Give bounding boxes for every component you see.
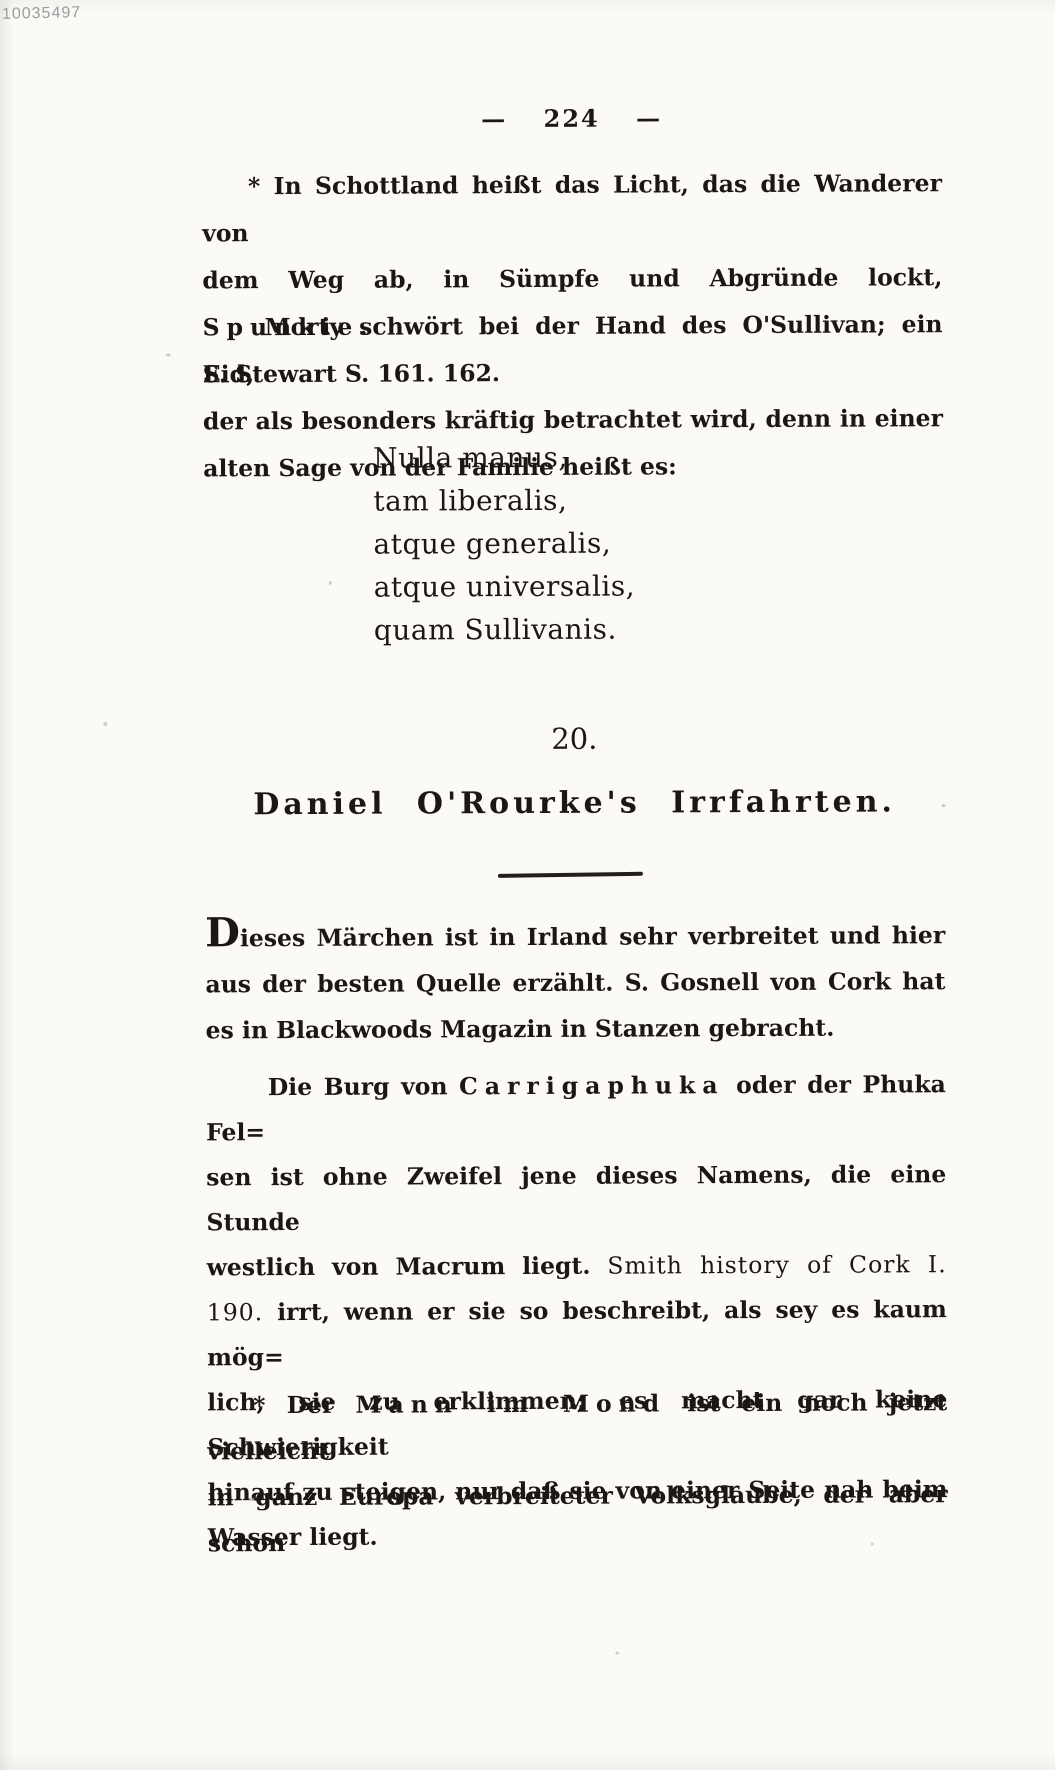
text-line: Morty schwört bei der Hand des O'Sulliva… bbox=[202, 301, 942, 398]
spaced-word-carrigaphuka: Carrigaphuka bbox=[459, 1071, 725, 1100]
latin-page-ref: 190. bbox=[207, 1298, 263, 1326]
paper-speck bbox=[103, 722, 107, 726]
spaced-phrase-mann-im-mond: Mann im Mond bbox=[355, 1389, 666, 1418]
text-line: 190. irrt, wenn er sie so beschreibt, al… bbox=[207, 1287, 947, 1380]
page-number: — 224 — bbox=[202, 102, 942, 134]
paper-speck bbox=[942, 804, 946, 807]
text-segment: * Der bbox=[253, 1391, 355, 1419]
footnote-man-in-moon: * Der Mann im Mond ist ein noch jetzt vi… bbox=[207, 1379, 948, 1566]
text-line: Dieses Märchen ist in Irland sehr verbre… bbox=[205, 912, 945, 961]
verse-line: tam liberalis, bbox=[373, 477, 873, 522]
verse-line: quam Sullivanis. bbox=[374, 606, 874, 651]
paper-speck bbox=[249, 1497, 255, 1501]
text-line: in ganz Europa verbreiteter Volksglaube,… bbox=[208, 1471, 948, 1566]
text-segment: ieses Märchen ist in Irland sehr verbrei… bbox=[240, 921, 945, 952]
latin-citation: Smith history of Cork I. bbox=[607, 1250, 946, 1279]
text-line: * In Schottland heißt das Licht, das die… bbox=[202, 160, 942, 257]
latin-verse: Nulla manus, tam liberalis, atque genera… bbox=[373, 434, 874, 651]
paper-speck bbox=[615, 1652, 619, 1655]
section-divider bbox=[498, 872, 643, 878]
text-line: Die Burg von Carrigaphuka oder der Phuka… bbox=[206, 1062, 946, 1155]
section-title: Daniel O'Rourke's Irrfahrten. bbox=[205, 784, 945, 822]
paper-speck bbox=[329, 581, 332, 585]
text-line: * Der Mann im Mond ist ein noch jetzt vi… bbox=[207, 1379, 947, 1474]
ornate-initial: D bbox=[205, 909, 240, 956]
verse-line: Nulla manus, bbox=[373, 434, 873, 479]
text-line: sen ist ohne Zweifel jene dieses Namens,… bbox=[206, 1152, 946, 1245]
text-line: es in Blackwoods Magazin in Stanzen gebr… bbox=[206, 1004, 946, 1053]
paper-speck bbox=[871, 1542, 874, 1545]
verse-line: atque universalis, bbox=[374, 563, 874, 608]
text-segment: irrt, wenn er sie so beschreibt, als sey… bbox=[207, 1295, 947, 1371]
page-content: — 224 — * In Schottland heißt das Licht,… bbox=[0, 0, 1055, 1770]
text-segment: dem Weg ab, in Sümpfe und Abgründe lockt… bbox=[202, 263, 942, 294]
text-segment: westlich von Macrum liegt. bbox=[207, 1252, 608, 1282]
paragraph-intro: Dieses Märchen ist in Irland sehr verbre… bbox=[205, 912, 946, 1053]
verse-line: atque generalis, bbox=[373, 520, 873, 565]
text-line: aus der besten Quelle erzählt. S. Gosnel… bbox=[205, 958, 945, 1007]
text-line: westlich von Macrum liegt. Smith history… bbox=[207, 1242, 947, 1290]
paper-speck bbox=[166, 354, 171, 357]
text-segment: Die Burg von bbox=[268, 1072, 459, 1101]
book-page-scan: 10035497 — 224 — * In Schottland heißt d… bbox=[0, 0, 1055, 1770]
section-number: 20. bbox=[204, 720, 944, 757]
